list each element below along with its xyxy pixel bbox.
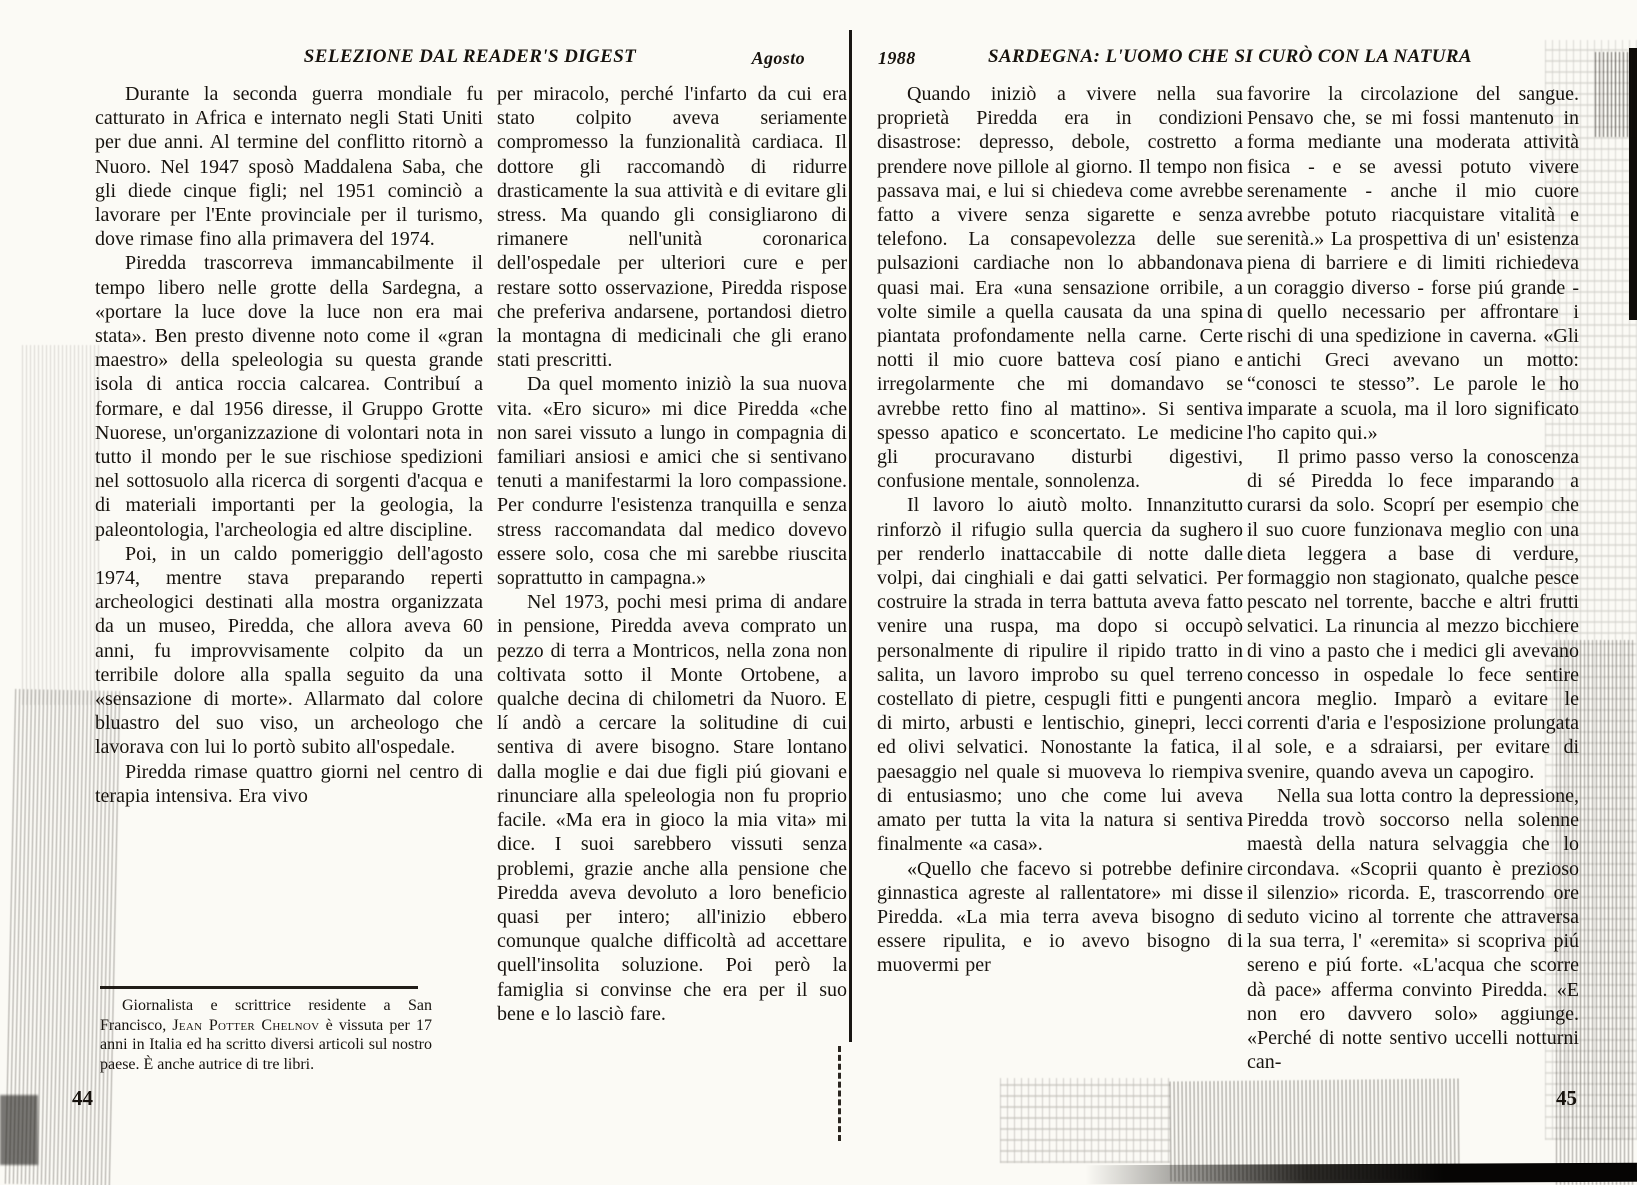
- left-page-column-1: Durante la seconda guerra mondiale fu ca…: [95, 82, 483, 808]
- paragraph: Il lavoro lo aiutò molto. Innanzitutto r…: [877, 493, 1243, 856]
- scan-noise-bottom-center: [1000, 1078, 1170, 1163]
- scan-noise-top-right-blob: [1595, 52, 1637, 137]
- paragraph: Da quel momento iniziò la sua nuova vita…: [497, 372, 847, 590]
- paragraph: Quando iniziò a vivere nella sua proprie…: [877, 82, 1243, 493]
- paragraph: favorire la circolazione del sangue. Pen…: [1247, 82, 1579, 445]
- paragraph: Piredda rimase quattro giorni nel centro…: [95, 760, 483, 808]
- footnote-rule: [100, 986, 418, 989]
- footnote: Giornalista e scrittrice residente a San…: [100, 996, 432, 1074]
- scan-noise-bottom-left-blob: [0, 1095, 38, 1165]
- scan-noise-left-top: [22, 345, 100, 705]
- footnote-author-name: Jean Potter Chelnov: [172, 1017, 319, 1034]
- right-page-column-1: Quando iniziò a vivere nella sua proprie…: [877, 82, 1243, 978]
- paragraph: Nel 1973, pochi mesi prima di andare in …: [497, 590, 847, 1026]
- paragraph: Durante la seconda guerra mondiale fu ca…: [95, 82, 483, 251]
- paragraph: Nella sua lotta contro la depressione, P…: [1247, 784, 1579, 1074]
- left-running-header-month: Agosto: [690, 48, 805, 69]
- paragraph: «Quello che facevo si potrebbe definire …: [877, 857, 1243, 978]
- left-running-header-title: SELEZIONE DAL READER'S DIGEST: [180, 46, 760, 68]
- right-page-column-2: favorire la circolazione del sangue. Pen…: [1247, 82, 1579, 1074]
- gutter-rule: [849, 30, 852, 1042]
- scan-noise-right-streaks: [1556, 640, 1636, 1185]
- right-running-header-title: SARDEGNA: L'UOMO CHE SI CURÒ CON LA NATU…: [930, 46, 1530, 68]
- paragraph: per miracolo, perché l'infarto da cui er…: [497, 82, 847, 372]
- gutter-rule-broken: [838, 1046, 841, 1141]
- scanned-magazine-spread: SELEZIONE DAL READER'S DIGEST Agosto 198…: [0, 0, 1637, 1185]
- paragraph: Piredda trascorreva immancabilmente il t…: [95, 251, 483, 541]
- left-page-column-2: per miracolo, perché l'infarto da cui er…: [497, 82, 847, 1026]
- paragraph: Poi, in un caldo pomeriggio dell'agosto …: [95, 542, 483, 760]
- scan-noise-bottom-bar: [1085, 1163, 1637, 1184]
- paragraph: Il primo passo verso la conoscenza di sé…: [1247, 445, 1579, 784]
- right-running-header-year: 1988: [878, 48, 916, 69]
